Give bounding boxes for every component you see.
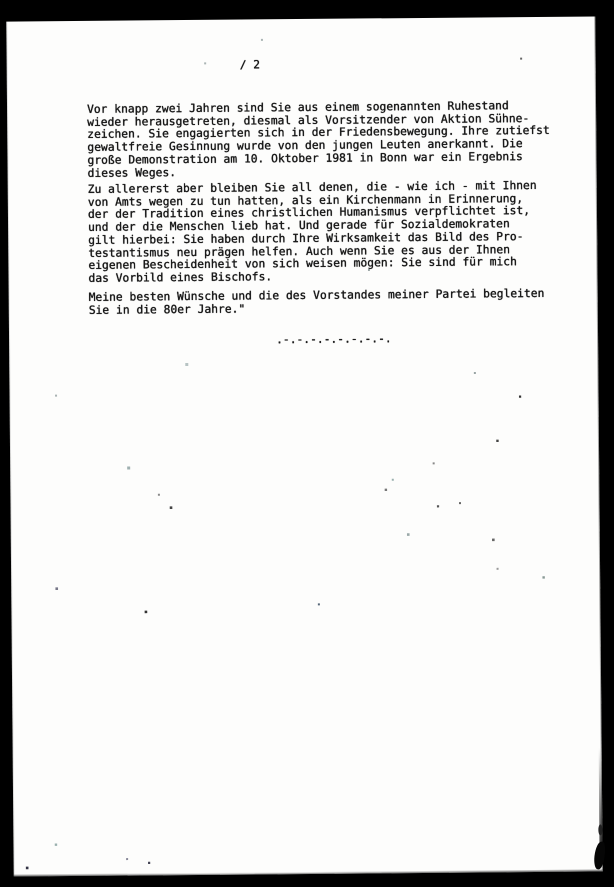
document-page: / 2 Vor knapp zwei Jahren sind Sie aus e…	[6, 16, 602, 876]
scan-edge-smudge-small	[598, 824, 602, 835]
paragraph-wuensche: Meine besten Wünsche und die des Vorstan…	[89, 288, 545, 317]
scanner-background: / 2 Vor knapp zwei Jahren sind Sie aus e…	[0, 0, 614, 887]
page-number: / 2	[240, 59, 261, 72]
paragraph-friedensbewegung: Vor knapp zwei Jahren sind Sie aus einem…	[87, 100, 550, 180]
paper-bottom-edge	[14, 869, 603, 876]
scan-edge-smudge	[593, 841, 606, 870]
paragraph-kirchenmann: Zu allererst aber bleiben Sie all denen,…	[88, 180, 538, 286]
separator-line: .-.-.-.-.-.-.-.-.	[276, 333, 392, 347]
scan-specks	[6, 22, 7, 23]
